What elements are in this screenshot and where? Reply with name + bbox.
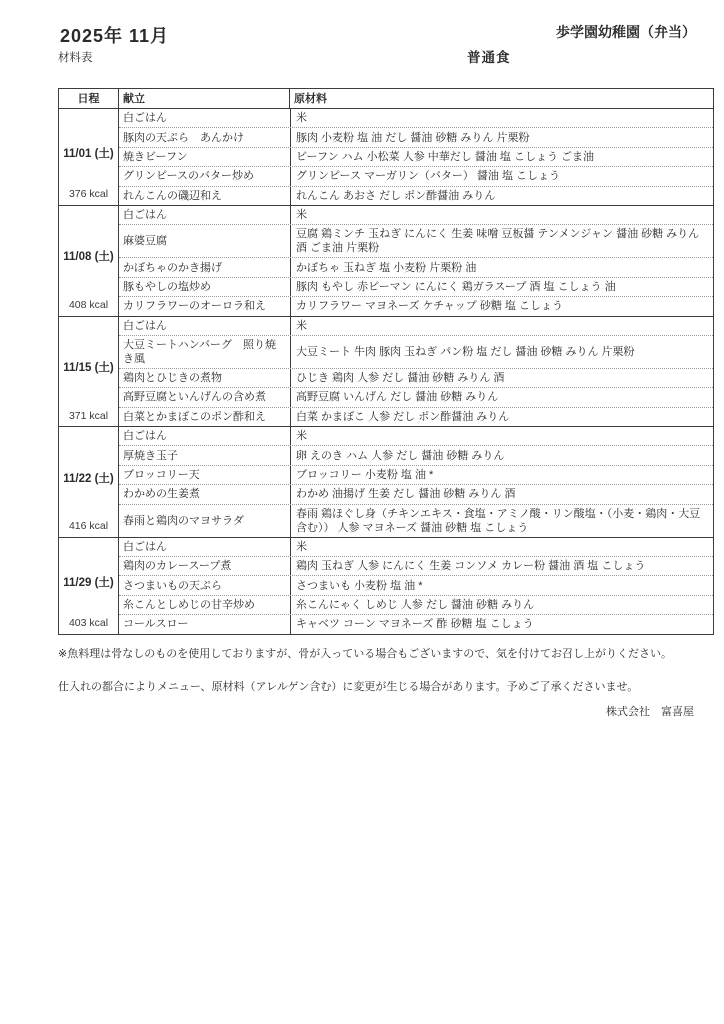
menu-rows: 白ごはん米鶏肉のカレースープ煮鶏肉 玉ねぎ 人参 にんにく 生姜 コンソメ カレ… [118,538,713,634]
ingredients-list: 豚肉 もやし 赤ピーマン にんにく 鶏ガラスープ 酒 塩 こしょう 油 [290,278,713,296]
kcal-value: 403 kcal [59,616,118,630]
menu-row: 白ごはん米 [119,206,713,224]
facility-title: 歩学園幼稚園（弁当） [556,22,696,42]
menu-name: 糸こんとしめじの甘辛炒め [119,596,290,614]
ingredients-list: 卵 えのき ハム 人参 だし 醤油 砂糖 みりん [290,446,713,464]
kcal-value: 408 kcal [59,298,118,312]
menu-row: コールスローキャベツ コーン マヨネーズ 酢 砂糖 塩 こしょう [119,614,713,633]
menu-row: 白ごはん米 [119,109,713,127]
ingredients-list: キャベツ コーン マヨネーズ 酢 砂糖 塩 こしょう [290,615,713,633]
menu-name: かぼちゃのかき揚げ [119,258,290,276]
ingredients-list: 白菜 かまぼこ 人参 だし ポン酢醤油 みりん [290,408,713,426]
date-block: 11/15 (土)371 kcal白ごはん米大豆ミートハンバーグ 照り焼き風大豆… [59,316,713,427]
menu-row: れんこんの磯辺和えれんこん あおさ だし ポン酢醤油 みりん [119,186,713,205]
ingredients-list: グリンピース マーガリン（バター） 醤油 塩 こしょう [290,167,713,185]
menu-name: 鶏肉とひじきの煮物 [119,369,290,387]
kcal-value: 371 kcal [59,409,118,423]
menu-row: グリンピースのバター炒めグリンピース マーガリン（バター） 醤油 塩 こしょう [119,166,713,185]
menu-name: グリンピースのバター炒め [119,167,290,185]
menu-name: ブロッコリー天 [119,466,290,484]
menu-name: 鶏肉のカレースープ煮 [119,557,290,575]
menu-row: 鶏肉のカレースープ煮鶏肉 玉ねぎ 人参 にんにく 生姜 コンソメ カレー粉 醤油… [119,556,713,575]
column-header-ingredients: 原材料 [289,89,713,108]
ingredients-list: 鶏肉 玉ねぎ 人参 にんにく 生姜 コンソメ カレー粉 醤油 酒 塩 こしょう [290,557,713,575]
menu-name: さつまいもの天ぷら [119,576,290,594]
menu-rows: 白ごはん米豚肉の天ぷら あんかけ豚肉 小麦粉 塩 油 だし 醤油 砂糖 みりん … [118,109,713,205]
menu-name: コールスロー [119,615,290,633]
ingredients-list: 春雨 鶏ほぐし身（チキンエキス・食塩・アミノ酸・リン酸塩・（小麦・鶏肉・大豆含む… [290,505,713,537]
ingredients-list: ブロッコリー 小麦粉 塩 油 * [290,466,713,484]
meal-type-label: 普通食 [467,46,511,66]
column-header-date: 日程 [59,89,118,108]
menu-row: 高野豆腐といんげんの含め煮高野豆腐 いんげん だし 醤油 砂糖 みりん [119,387,713,406]
menu-row: 春雨と鶏肉のマヨサラダ春雨 鶏ほぐし身（チキンエキス・食塩・アミノ酸・リン酸塩・… [119,504,713,537]
menu-row: 麻婆豆腐豆腐 鶏ミンチ 玉ねぎ にんにく 生姜 味噌 豆板醤 テンメンジャン 醤… [119,224,713,257]
ingredients-list: 糸こんにゃく しめじ 人参 だし 醤油 砂糖 みりん [290,596,713,614]
menu-name: 豚もやしの塩炒め [119,278,290,296]
date-cell: 11/08 (土)408 kcal [59,206,118,316]
menu-name: カリフラワーのオーロラ和え [119,297,290,315]
ingredients-list: カリフラワー マヨネーズ ケチャップ 砂糖 塩 こしょう [290,297,713,315]
date-cell: 11/22 (土)416 kcal [59,427,118,537]
doc-type-label: 材料表 [58,49,93,65]
ingredients-list: れんこん あおさ だし ポン酢醤油 みりん [290,187,713,205]
menu-row: ブロッコリー天ブロッコリー 小麦粉 塩 油 * [119,465,713,484]
menu-name: れんこんの磯辺和え [119,187,290,205]
ingredients-table: 日程 献立 原材料 11/01 (土)376 kcal白ごはん米豚肉の天ぷら あ… [58,88,714,635]
ingredients-list: ビーフン ハム 小松菜 人参 中華だし 醤油 塩 こしょう ごま油 [290,148,713,166]
ingredients-list: わかめ 油揚げ 生姜 だし 醤油 砂糖 みりん 酒 [290,485,713,503]
menu-name: 春雨と鶏肉のマヨサラダ [119,505,290,537]
scanned-menu-document: 2025年 11月 歩学園幼稚園（弁当） 材料表 普通食 日程 献立 原材料 1… [0,0,724,1024]
date-label: 11/01 (土) [59,147,118,161]
ingredients-list: 米 [290,206,713,224]
menu-name: 白ごはん [119,109,290,127]
menu-row: 豚もやしの塩炒め豚肉 もやし 赤ピーマン にんにく 鶏ガラスープ 酒 塩 こしょ… [119,277,713,296]
company-name: 株式会社 富喜屋 [606,703,694,719]
kcal-value: 416 kcal [59,519,118,533]
menu-row: 焼きビーフンビーフン ハム 小松菜 人参 中華だし 醤油 塩 こしょう ごま油 [119,147,713,166]
menu-name: 厚焼き玉子 [119,446,290,464]
date-block: 11/22 (土)416 kcal白ごはん米厚焼き玉子卵 えのき ハム 人参 だ… [59,426,713,537]
ingredients-list: 米 [290,427,713,445]
menu-row: 白ごはん米 [119,538,713,556]
date-cell: 11/29 (土)403 kcal [59,538,118,634]
menu-name: 高野豆腐といんげんの含め煮 [119,388,290,406]
menu-row: 厚焼き玉子卵 えのき ハム 人参 だし 醤油 砂糖 みりん [119,445,713,464]
menu-row: 大豆ミートハンバーグ 照り焼き風大豆ミート 牛肉 豚肉 玉ねぎ パン粉 塩 だし… [119,335,713,368]
menu-name: 白ごはん [119,427,290,445]
menu-name: 麻婆豆腐 [119,225,290,257]
menu-name: わかめの生姜煮 [119,485,290,503]
menu-row: 豚肉の天ぷら あんかけ豚肉 小麦粉 塩 油 だし 醤油 砂糖 みりん 片栗粉 [119,127,713,146]
menu-rows: 白ごはん米厚焼き玉子卵 えのき ハム 人参 だし 醤油 砂糖 みりんブロッコリー… [118,427,713,537]
menu-row: 白菜とかまぼこのポン酢和え白菜 かまぼこ 人参 だし ポン酢醤油 みりん [119,407,713,426]
menu-name: 白ごはん [119,206,290,224]
table-body: 11/01 (土)376 kcal白ごはん米豚肉の天ぷら あんかけ豚肉 小麦粉 … [59,109,713,634]
date-block: 11/01 (土)376 kcal白ごはん米豚肉の天ぷら あんかけ豚肉 小麦粉 … [59,109,713,205]
ingredients-list: ひじき 鶏肉 人参 だし 醤油 砂糖 みりん 酒 [290,369,713,387]
date-block: 11/29 (土)403 kcal白ごはん米鶏肉のカレースープ煮鶏肉 玉ねぎ 人… [59,537,713,634]
ingredients-list: 豚肉 小麦粉 塩 油 だし 醤油 砂糖 みりん 片栗粉 [290,128,713,146]
column-header-menu: 献立 [118,89,289,108]
ingredients-list: 米 [290,538,713,556]
date-label: 11/08 (土) [59,250,118,264]
note-menu-change: 仕入れの都合によりメニュー、原材料（アレルゲン含む）に変更が生じる場合があります… [58,678,698,694]
menu-rows: 白ごはん米大豆ミートハンバーグ 照り焼き風大豆ミート 牛肉 豚肉 玉ねぎ パン粉… [118,317,713,427]
menu-row: 白ごはん米 [119,317,713,335]
ingredients-list: さつまいも 小麦粉 塩 油 * [290,576,713,594]
date-block: 11/08 (土)408 kcal白ごはん米麻婆豆腐豆腐 鶏ミンチ 玉ねぎ にん… [59,205,713,316]
menu-name: 焼きビーフン [119,148,290,166]
menu-row: わかめの生姜煮わかめ 油揚げ 生姜 だし 醤油 砂糖 みりん 酒 [119,484,713,503]
ingredients-list: 豆腐 鶏ミンチ 玉ねぎ にんにく 生姜 味噌 豆板醤 テンメンジャン 醤油 砂糖… [290,225,713,257]
menu-name: 大豆ミートハンバーグ 照り焼き風 [119,336,290,368]
table-header-row: 日程 献立 原材料 [59,89,713,109]
month-title: 2025年 11月 [60,22,169,48]
date-cell: 11/01 (土)376 kcal [59,109,118,205]
ingredients-list: 大豆ミート 牛肉 豚肉 玉ねぎ パン粉 塩 だし 醤油 砂糖 みりん 片栗粉 [290,336,713,368]
kcal-value: 376 kcal [59,187,118,201]
ingredients-list: 米 [290,317,713,335]
date-label: 11/29 (土) [59,576,118,590]
note-fish-bones: ※魚料理は骨なしのものを使用しておりますが、骨が入っている場合もございますので、… [58,645,698,661]
date-label: 11/15 (土) [59,361,118,375]
menu-row: かぼちゃのかき揚げかぼちゃ 玉ねぎ 塩 小麦粉 片栗粉 油 [119,257,713,276]
menu-name: 白ごはん [119,538,290,556]
menu-row: 白ごはん米 [119,427,713,445]
menu-row: さつまいもの天ぷらさつまいも 小麦粉 塩 油 * [119,575,713,594]
menu-rows: 白ごはん米麻婆豆腐豆腐 鶏ミンチ 玉ねぎ にんにく 生姜 味噌 豆板醤 テンメン… [118,206,713,316]
ingredients-list: 米 [290,109,713,127]
menu-row: 鶏肉とひじきの煮物ひじき 鶏肉 人参 だし 醤油 砂糖 みりん 酒 [119,368,713,387]
menu-row: カリフラワーのオーロラ和えカリフラワー マヨネーズ ケチャップ 砂糖 塩 こしょ… [119,296,713,315]
date-label: 11/22 (土) [59,472,118,486]
ingredients-list: 高野豆腐 いんげん だし 醤油 砂糖 みりん [290,388,713,406]
menu-name: 白ごはん [119,317,290,335]
menu-name: 白菜とかまぼこのポン酢和え [119,408,290,426]
date-cell: 11/15 (土)371 kcal [59,317,118,427]
ingredients-list: かぼちゃ 玉ねぎ 塩 小麦粉 片栗粉 油 [290,258,713,276]
menu-row: 糸こんとしめじの甘辛炒め糸こんにゃく しめじ 人参 だし 醤油 砂糖 みりん [119,595,713,614]
menu-name: 豚肉の天ぷら あんかけ [119,128,290,146]
